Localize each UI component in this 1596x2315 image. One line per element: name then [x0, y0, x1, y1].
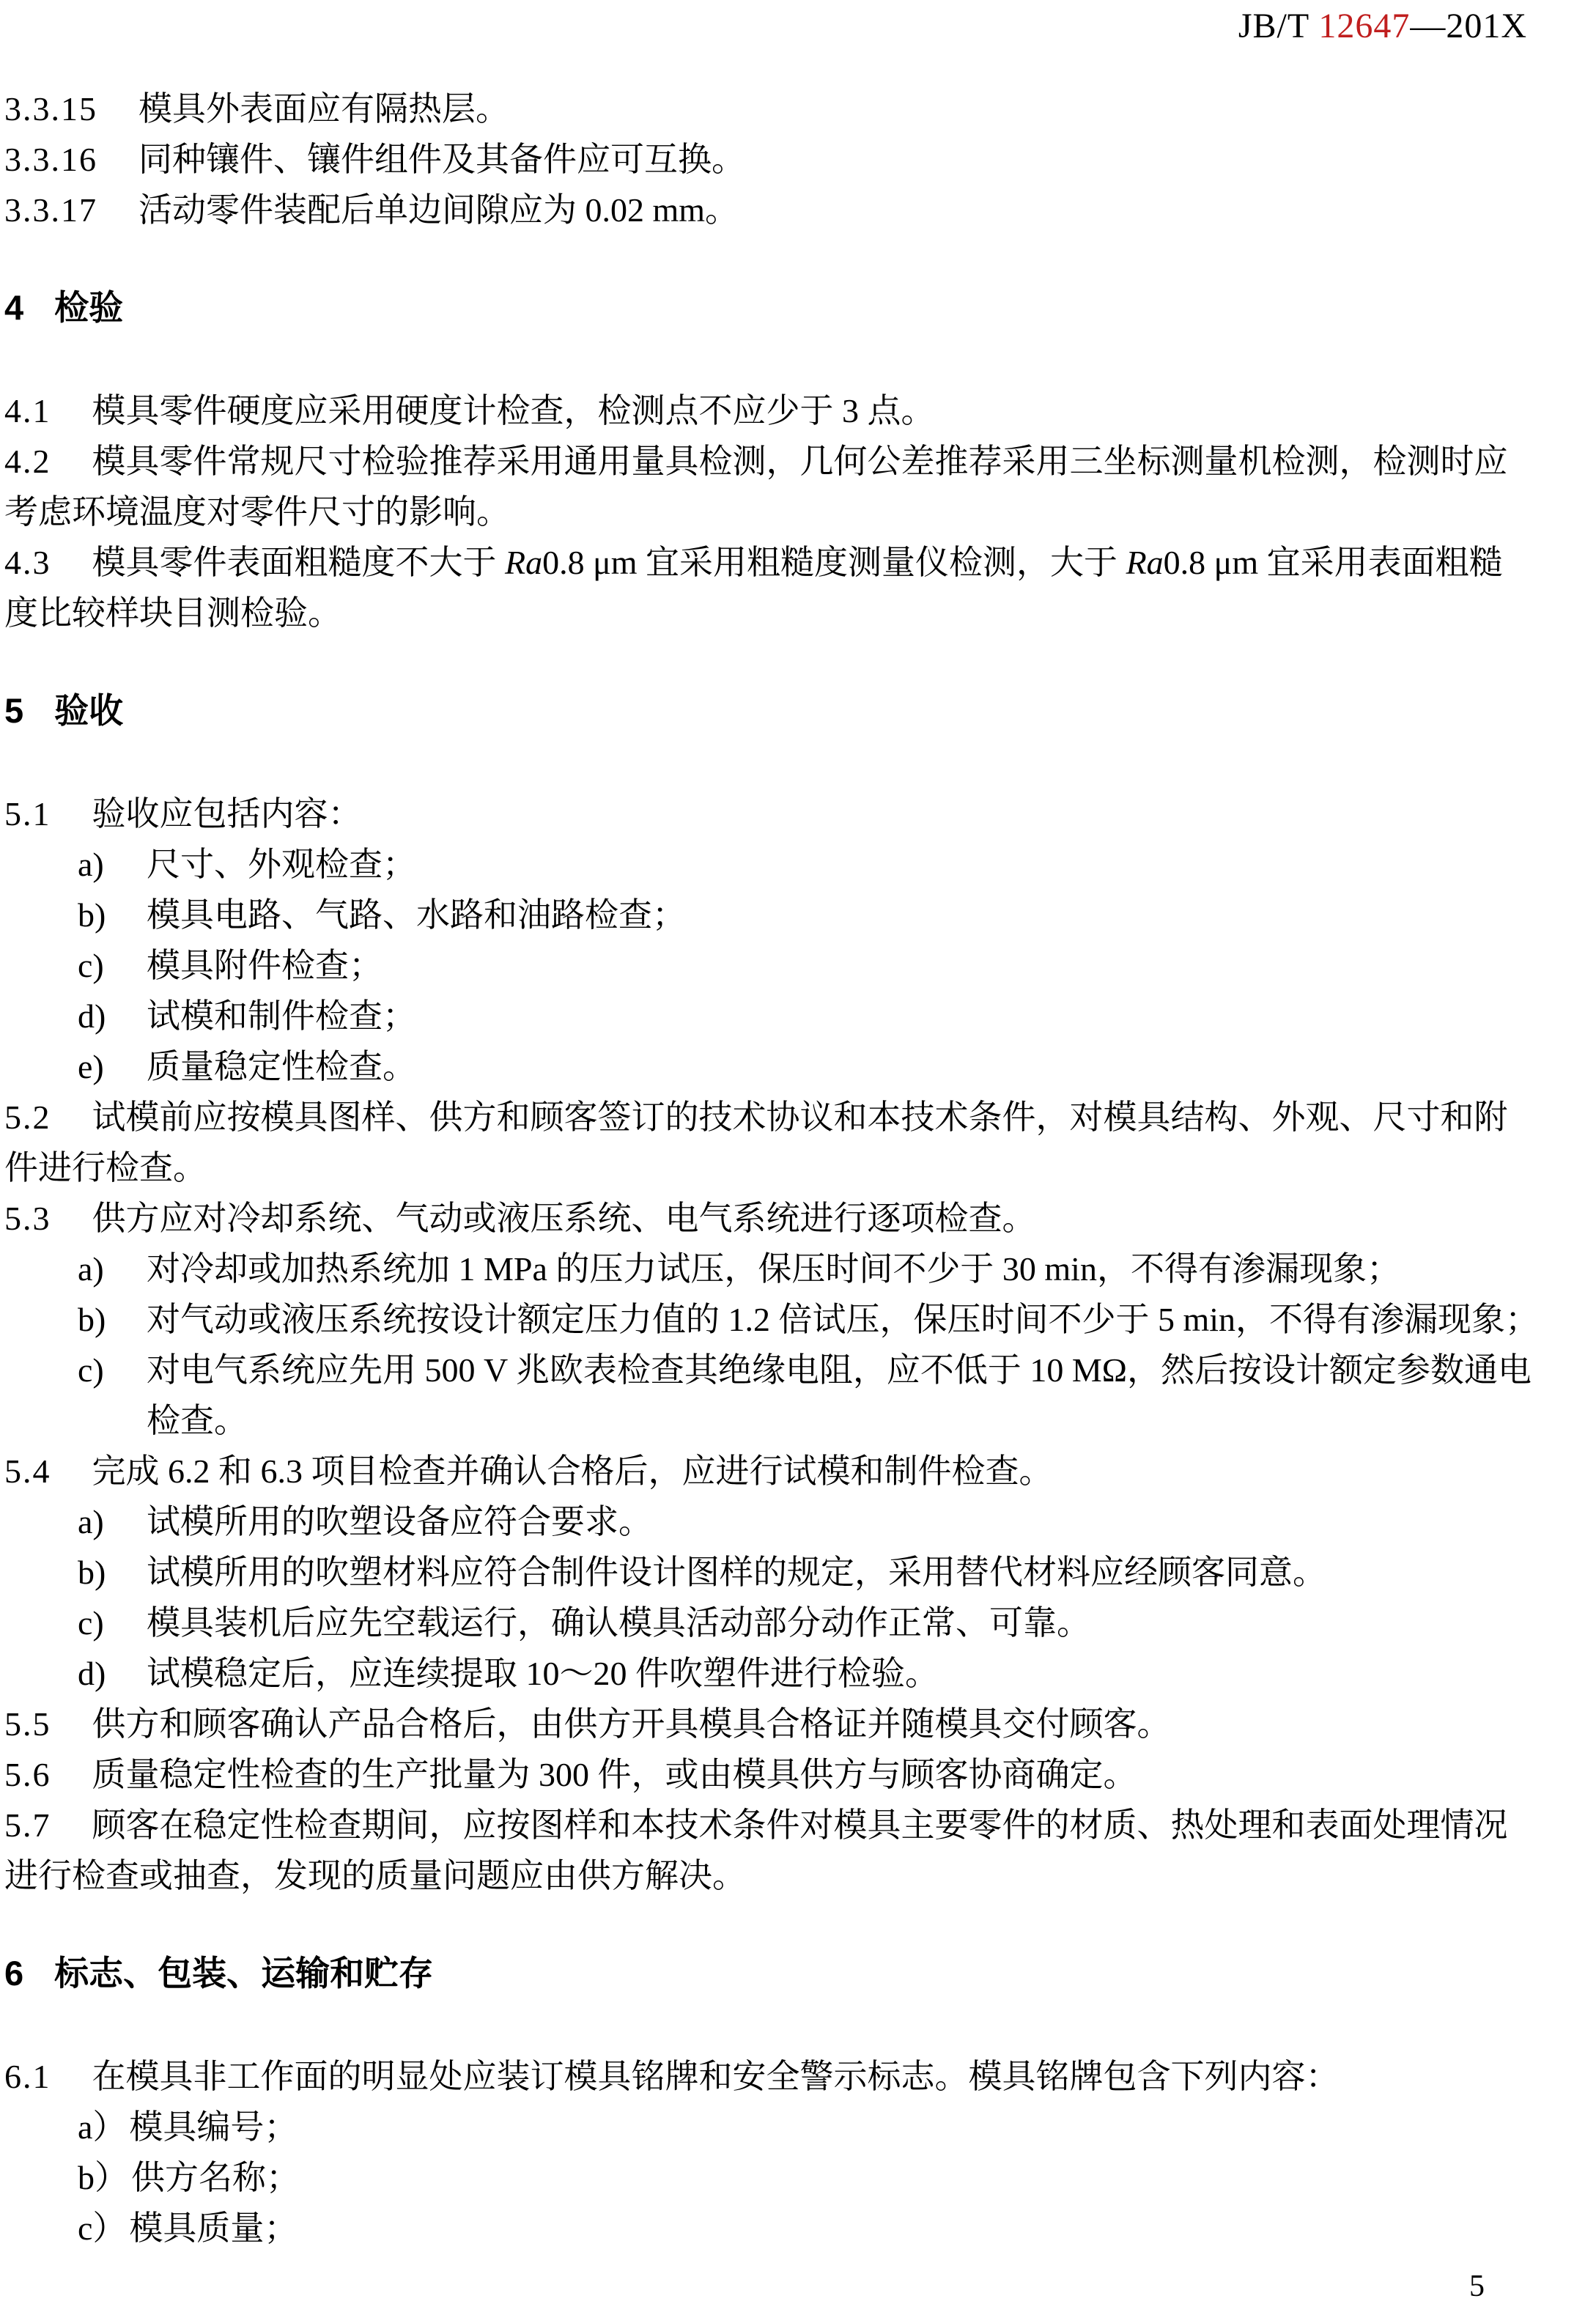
clause-line: 5.7顾客在稳定性检查期间，应按图样和本技术条件对模具主要零件的材质、热处理和表… — [4, 1800, 1565, 1850]
continuation-line: 件进行检查。 — [4, 1142, 1565, 1193]
document-body: 3.3.15模具外表面应有隔热层。 3.3.16同种镶件、镶件组件及其备件应可互… — [4, 84, 1565, 2253]
clause-text: 供方和顾客确认产品合格后，由供方开具模具合格证并随模具交付顾客。 — [92, 1705, 1171, 1743]
section-title: 检验 — [54, 288, 123, 327]
list-item-text: 尺寸、外观检查； — [147, 846, 416, 883]
clause-number: 5.4 — [4, 1452, 51, 1490]
list-item-text: 对冷却或加热系统加 1 MPa 的压力试压，保压时间不少于 30 min，不得有… — [147, 1250, 1400, 1288]
section-title: 标志、包装、运输和贮存 — [54, 1954, 433, 1993]
list-marker: b) — [78, 1547, 147, 1598]
list-item-text: 试模所用的吹塑设备应符合要求。 — [147, 1503, 652, 1540]
clause-text: 在模具非工作面的明显处应装订模具铭牌和安全警示标志。模具铭牌包含下列内容： — [92, 2058, 1340, 2095]
list-marker: b) — [78, 1294, 147, 1345]
continuation-line: 度比较样块目测检验。 — [4, 588, 1565, 638]
section-number: 4 — [4, 288, 23, 327]
list-marker: c) — [78, 940, 147, 991]
list-item-text: 检查。 — [147, 1402, 248, 1439]
clause-line: 4.1模具零件硬度应采用硬度计检查，检测点不应少于 3 点。 — [4, 385, 1565, 436]
clause-text: 同种镶件、镶件组件及其备件应可互换。 — [138, 141, 745, 178]
clause-line: 6.1在模具非工作面的明显处应装订模具铭牌和安全警示标志。模具铭牌包含下列内容： — [4, 2051, 1565, 2102]
clause-line: 5.4完成 6.2 和 6.3 项目检查并确认合格后，应进行试模和制件检查。 — [4, 1446, 1565, 1496]
clause-number: 5.3 — [4, 1200, 51, 1237]
list-item: d)试模稳定后，应连续提取 10～20 件吹塑件进行检验。 — [4, 1648, 1565, 1699]
clause-text: 进行检查或抽查，发现的质量问题应由供方解决。 — [4, 1857, 746, 1894]
standard-code-prefix: JB/T — [1238, 7, 1318, 45]
clause-line: 5.5供方和顾客确认产品合格后，由供方开具模具合格证并随模具交付顾客。 — [4, 1699, 1565, 1749]
list-item-text: 试模所用的吹塑材料应符合制件设计图样的规定，采用替代材料应经顾客同意。 — [147, 1554, 1326, 1591]
list-item: e)质量稳定性检查。 — [4, 1041, 1565, 1092]
continuation-line: 进行检查或抽查，发现的质量问题应由供方解决。 — [4, 1850, 1565, 1901]
clause-line: 4.3模具零件表面粗糙度不大于 Ra0.8 μm 宜采用粗糙度测量仪检测，大于 … — [4, 537, 1565, 588]
list-marker: c) — [78, 1345, 147, 1395]
list-item-text: 模具附件检查； — [147, 947, 383, 984]
clause-line: 4.2模具零件常规尺寸检验推荐采用通用量具检测，几何公差推荐采用三坐标测量机检测… — [4, 436, 1565, 487]
clause-line: 5.6质量稳定性检查的生产批量为 300 件，或由模具供方与顾客协商确定。 — [4, 1749, 1565, 1800]
clause-text: 试模前应按模具图样、供方和顾客签订的技术协议和本技术条件，对模具结构、外观、尺寸… — [92, 1099, 1508, 1136]
section-heading: 6标志、包装、运输和贮存 — [4, 1948, 1565, 1998]
list-item: b)对气动或液压系统按设计额定压力值的 1.2 倍试压，保压时间不少于 5 mi… — [4, 1294, 1565, 1345]
list-marker: a) — [78, 1496, 147, 1547]
continuation-line: 考虑环境温度对零件尺寸的影响。 — [4, 487, 1565, 537]
document-page: JB/T 12647—201X 3.3.15模具外表面应有隔热层。 3.3.16… — [0, 0, 1596, 2315]
list-marker: a) — [78, 839, 147, 890]
clause-number: 4.2 — [4, 443, 51, 480]
clause-number: 3.3.16 — [4, 141, 97, 178]
list-item: c)模具附件检查； — [4, 940, 1565, 991]
list-marker: e) — [78, 1041, 147, 1092]
section-number: 5 — [4, 691, 23, 730]
list-item: c)模具装机后应先空载运行，确认模具活动部分动作正常、可靠。 — [4, 1598, 1565, 1648]
standard-code-number: 12647 — [1318, 7, 1410, 45]
list-item-text: 模具电路、气路、水路和油路检查； — [147, 896, 686, 934]
continuation-line: 检查。 — [4, 1395, 1565, 1446]
clause-number: 5.6 — [4, 1756, 51, 1793]
clause-text: 模具外表面应有隔热层。 — [138, 90, 509, 128]
clause-text: 件进行检查。 — [4, 1149, 207, 1186]
list-marker: d) — [78, 991, 147, 1041]
list-item-text: 模具编号； — [129, 2108, 298, 2146]
clause-text: 模具零件常规尺寸检验推荐采用通用量具检测，几何公差推荐采用三坐标测量机检测，检测… — [92, 443, 1508, 480]
list-item: a)尺寸、外观检查； — [4, 839, 1565, 890]
list-item: d)试模和制件检查； — [4, 991, 1565, 1041]
clause-text: 模具零件硬度应采用硬度计检查，检测点不应少于 3 点。 — [92, 392, 935, 429]
list-marker: d) — [78, 1648, 147, 1699]
list-item: a)对冷却或加热系统加 1 MPa 的压力试压，保压时间不少于 30 min，不… — [4, 1244, 1565, 1294]
clause-text: 供方应对冷却系统、气动或液压系统、电气系统进行逐项检查。 — [92, 1200, 1036, 1237]
section-heading: 4检验 — [4, 282, 1565, 333]
clause-text: 验收应包括内容： — [92, 795, 362, 832]
clause-text: 质量稳定性检查的生产批量为 300 件，或由模具供方与顾客协商确定。 — [92, 1756, 1137, 1793]
clause-text: 活动零件装配后单边间隙应为 0.02 mm。 — [138, 191, 739, 229]
clause-number: 4.1 — [4, 392, 51, 429]
clause-number: 6.1 — [4, 2058, 51, 2095]
list-item-text: 对气动或液压系统按设计额定压力值的 1.2 倍试压，保压时间不少于 5 min，… — [147, 1301, 1539, 1338]
list-item-text: 试模稳定后，应连续提取 10～20 件吹塑件进行检验。 — [147, 1655, 939, 1692]
list-item-text: 模具装机后应先空载运行，确认模具活动部分动作正常、可靠。 — [147, 1604, 1090, 1642]
list-marker: b） — [78, 2159, 128, 2196]
section-heading: 5验收 — [4, 685, 1565, 736]
clause-text: 度比较样块目测检验。 — [4, 594, 341, 632]
clause-number: 4.3 — [4, 544, 51, 581]
list-item-text: 模具质量； — [129, 2209, 298, 2247]
clause-line: 3.3.15模具外表面应有隔热层。 — [4, 84, 1565, 134]
clause-text: 顾客在稳定性检查期间，应按图样和本技术条件对模具主要零件的材质、热处理和表面处理… — [92, 1806, 1508, 1844]
list-marker: c） — [78, 2209, 126, 2247]
clause-number: 5.1 — [4, 795, 51, 832]
clause-line: 3.3.16同种镶件、镶件组件及其备件应可互换。 — [4, 134, 1565, 185]
standard-code: JB/T 12647—201X — [1238, 6, 1527, 47]
clause-number: 5.2 — [4, 1099, 51, 1136]
list-item: a）模具编号； — [4, 2102, 1565, 2152]
list-item: b）供方名称； — [4, 2152, 1565, 2203]
list-item: b)模具电路、气路、水路和油路检查； — [4, 890, 1565, 940]
list-marker: b) — [78, 890, 147, 940]
page-number: 5 — [1469, 2269, 1485, 2304]
clause-line: 5.3供方应对冷却系统、气动或液压系统、电气系统进行逐项检查。 — [4, 1193, 1565, 1244]
list-item-text: 质量稳定性检查。 — [147, 1048, 416, 1085]
section-title: 验收 — [54, 691, 123, 730]
clause-line: 5.2试模前应按模具图样、供方和顾客签订的技术协议和本技术条件，对模具结构、外观… — [4, 1092, 1565, 1142]
clause-text: 完成 6.2 和 6.3 项目检查并确认合格后，应进行试模和制件检查。 — [92, 1452, 1053, 1490]
list-item-text: 试模和制件检查； — [147, 997, 416, 1035]
list-item: a)试模所用的吹塑设备应符合要求。 — [4, 1496, 1565, 1547]
clause-number: 5.7 — [4, 1806, 51, 1844]
clause-number: 5.5 — [4, 1705, 51, 1743]
clause-line: 5.1验收应包括内容： — [4, 789, 1565, 839]
clause-line: 3.3.17活动零件装配后单边间隙应为 0.02 mm。 — [4, 185, 1565, 235]
list-marker: c) — [78, 1598, 147, 1648]
list-item: c)对电气系统应先用 500 V 兆欧表检查其绝缘电阻，应不低于 10 MΩ，然… — [4, 1345, 1565, 1395]
list-marker: a） — [78, 2108, 126, 2146]
list-marker: a) — [78, 1244, 147, 1294]
standard-code-suffix: —201X — [1410, 7, 1527, 45]
clause-text: 考虑环境温度对零件尺寸的影响。 — [4, 493, 510, 531]
clause-text: 模具零件表面粗糙度不大于 Ra0.8 μm 宜采用粗糙度测量仪检测，大于 Ra0… — [92, 544, 1503, 581]
clause-number: 3.3.17 — [4, 191, 97, 229]
clause-number: 3.3.15 — [4, 90, 97, 128]
list-item: b)试模所用的吹塑材料应符合制件设计图样的规定，采用替代材料应经顾客同意。 — [4, 1547, 1565, 1598]
section-number: 6 — [4, 1954, 23, 1993]
list-item-text: 对电气系统应先用 500 V 兆欧表检查其绝缘电阻，应不低于 10 MΩ，然后按… — [147, 1351, 1532, 1389]
list-item: c）模具质量； — [4, 2203, 1565, 2253]
list-item-text: 供方名称； — [131, 2159, 300, 2196]
